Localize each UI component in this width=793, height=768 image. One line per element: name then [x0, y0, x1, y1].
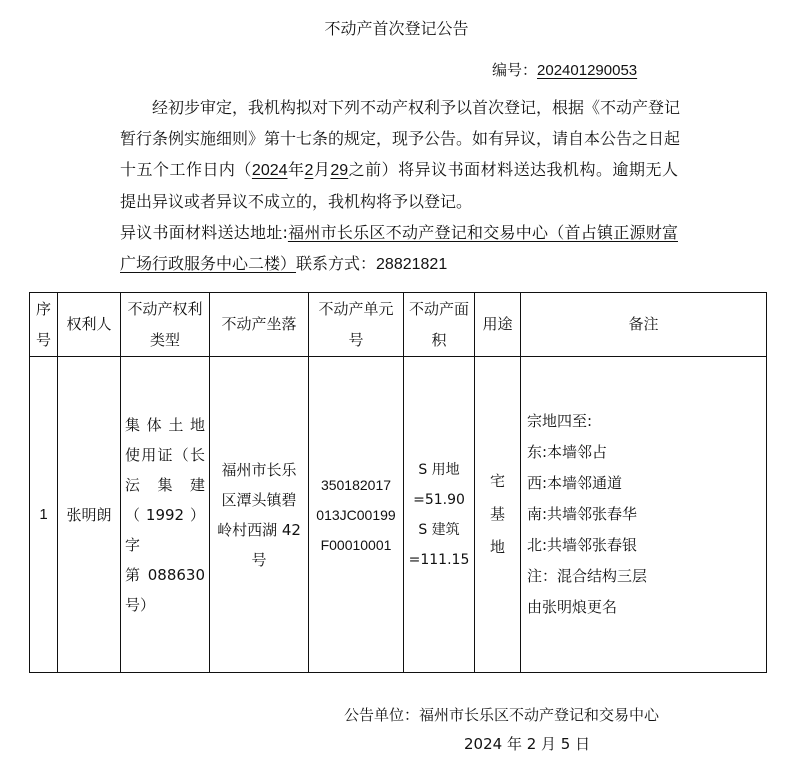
cell-owner: 张明朗 [58, 357, 121, 673]
usage-line: 地 [475, 531, 520, 564]
cell-location: 福州市长乐 区潭头镇碧 岭村西湖 42 号 [210, 357, 309, 673]
address-line-2: 广场行政服务中心二楼）联系方式：28821821 [120, 248, 678, 280]
announcement-date: 2024 年 2 月 5 日 [464, 733, 590, 754]
header-remarks: 备注 [521, 293, 767, 357]
header-right-type: 不动产权利类型 [121, 293, 210, 357]
remarks-line: 注：混合结构三层 [527, 561, 766, 592]
announcing-unit-label: 公告单位： [344, 706, 419, 724]
address-line-1: 异议书面材料送达地址:福州市长乐区不动产登记和交易中心（首占镇正源财富 [120, 217, 678, 248]
body-line-3-pre: 十五个工作日内（ [120, 160, 252, 179]
body-line-4: 提出异议或者异议不成立的，我机构将予以登记。 [120, 186, 678, 217]
contact-label: 联系方式： [296, 254, 376, 273]
location-line: 岭村西湖 42 [210, 515, 308, 545]
remarks-line: 东:本墙邻占 [527, 437, 766, 468]
area-line: S 建筑 [404, 515, 474, 545]
remarks-line: 宗地四至: [527, 406, 766, 437]
cell-unit-no: 350182017 013JC00199 F00010001 [309, 357, 404, 673]
deadline-year: 2024 [252, 162, 288, 179]
month-char: 月 [313, 160, 330, 179]
address-label: 异议书面材料送达地址: [120, 223, 288, 242]
document-number-value: 202401290053 [537, 62, 637, 79]
notice-body: 经初步审定，我机构拟对下列不动产权利予以首次登记，根据《不动产登记 暂行条例实施… [120, 92, 678, 280]
table-header-row: 序号 权利人 不动产权利类型 不动产坐落 不动产单元号 不动产面积 用途 备注 [30, 293, 767, 357]
area-line: S 用地 [404, 455, 474, 485]
document-number-label: 编号： [492, 61, 537, 79]
right-type-line: 沄 集 建 [125, 470, 205, 500]
header-area-l2: 积 [404, 325, 474, 356]
right-type-line: 号） [125, 590, 205, 620]
header-area: 不动产面积 [404, 293, 475, 357]
year-char: 年 [288, 160, 305, 179]
header-right-type-l1: 不动产权利 [121, 294, 209, 325]
header-owner: 权利人 [58, 293, 121, 357]
remarks-line: 由张明烺更名 [527, 592, 766, 623]
address-part-1: 福州市长乐区不动产登记和交易中心（首占镇正源财富 [288, 223, 678, 242]
header-index-l1: 序 [30, 294, 57, 325]
document-number: 编号：202401290053 [492, 59, 637, 80]
area-line: =51.90 [404, 485, 474, 515]
header-index-l2: 号 [30, 325, 57, 356]
remarks-line: 北:共墙邻张春银 [527, 530, 766, 561]
cell-usage: 宅 基 地 [475, 357, 521, 673]
cell-remarks: 宗地四至: 东:本墙邻占 西:本墙邻通道 南:共墙邻张春华 北:共墙邻张春银 注… [521, 357, 767, 673]
table-row: 1 张明朗 集体土地 使用证（长 沄 集 建 （1992）字 第 088630 … [30, 357, 767, 673]
body-line-3-post: 之前）将异议书面材料送达我机构。逾期无人 [348, 160, 678, 179]
document-title: 不动产首次登记公告 [0, 16, 793, 39]
location-line: 号 [210, 545, 308, 575]
deadline-day: 29 [330, 162, 348, 179]
unit-no-line: F00010001 [309, 530, 403, 560]
cell-area: S 用地 =51.90 S 建筑 =111.15 [404, 357, 475, 673]
location-line: 区潭头镇碧 [210, 485, 308, 515]
location-line: 福州市长乐 [210, 455, 308, 485]
unit-no-line: 350182017 [309, 470, 403, 500]
contact-value: 28821821 [376, 256, 447, 273]
header-unit-no-l2: 号 [309, 325, 403, 356]
remarks-line: 西:本墙邻通道 [527, 468, 766, 499]
right-type-line: 使用证（长 [125, 440, 205, 470]
unit-no-line: 013JC00199 [309, 500, 403, 530]
remarks-line: 南:共墙邻张春华 [527, 499, 766, 530]
announcing-unit: 公告单位：福州市长乐区不动产登记和交易中心 [344, 704, 659, 725]
announcing-unit-name: 福州市长乐区不动产登记和交易中心 [419, 706, 659, 724]
header-area-l1: 不动产面 [404, 294, 474, 325]
header-usage: 用途 [475, 293, 521, 357]
header-unit-no: 不动产单元号 [309, 293, 404, 357]
right-type-line: 第 088630 [125, 560, 205, 590]
address-part-2: 广场行政服务中心二楼） [120, 254, 296, 273]
right-type-line: （1992）字 [125, 500, 205, 560]
right-type-line: 集体土地 [125, 410, 205, 440]
header-index: 序号 [30, 293, 58, 357]
header-location: 不动产坐落 [210, 293, 309, 357]
header-unit-no-l1: 不动产单元 [309, 294, 403, 325]
body-line-3: 十五个工作日内（2024年2月29之前）将异议书面材料送达我机构。逾期无人 [120, 154, 678, 186]
cell-index: 1 [30, 357, 58, 673]
registration-table: 序号 权利人 不动产权利类型 不动产坐落 不动产单元号 不动产面积 用途 备注 … [29, 292, 767, 673]
body-line-1: 经初步审定，我机构拟对下列不动产权利予以首次登记，根据《不动产登记 [120, 92, 678, 123]
usage-line: 宅 [475, 465, 520, 498]
usage-line: 基 [475, 498, 520, 531]
header-right-type-l2: 类型 [121, 325, 209, 356]
body-line-2: 暂行条例实施细则》第十七条的规定，现予公告。如有异议，请自本公告之日起 [120, 123, 678, 154]
area-line: =111.15 [404, 545, 474, 575]
cell-right-type: 集体土地 使用证（长 沄 集 建 （1992）字 第 088630 号） [121, 357, 210, 673]
